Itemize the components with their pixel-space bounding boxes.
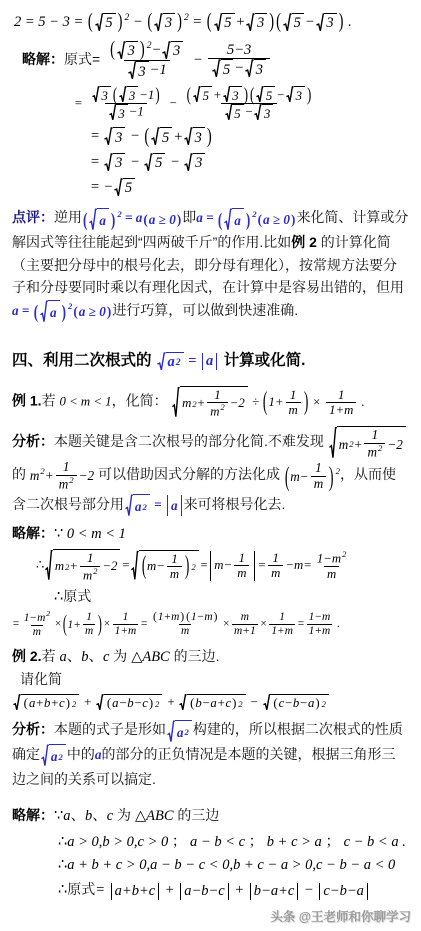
radicand: 5 bbox=[160, 127, 172, 146]
math-run: 5 bbox=[203, 89, 209, 103]
open-paren: ( bbox=[87, 11, 94, 36]
math-run: 1+m bbox=[158, 611, 180, 624]
math-run: 3 bbox=[165, 15, 172, 32]
math-run: = − bbox=[90, 179, 113, 195]
paren-content: 1−m bbox=[191, 611, 213, 624]
sqrt: 3 bbox=[109, 104, 128, 121]
math-run: + bbox=[45, 468, 54, 483]
math-upright-text: 、 bbox=[92, 808, 107, 824]
paren-group: (m−1m) bbox=[141, 552, 191, 582]
sqrt: (b−a+c)2 bbox=[179, 694, 245, 711]
math-run: m bbox=[289, 403, 298, 417]
math-expression: ∴m2+1m2−2=(m−1m)2=m−1m=1m−m=1−m2m bbox=[36, 558, 351, 572]
math-run: − bbox=[189, 52, 206, 68]
radical-icon bbox=[13, 694, 21, 711]
sqrt: 3 bbox=[104, 153, 125, 172]
radicand: a2 bbox=[49, 744, 66, 767]
math-run: = bbox=[257, 558, 266, 572]
math-run: 1 bbox=[273, 551, 279, 565]
paren-group: (5+3) bbox=[186, 86, 249, 103]
section4-heading: 四、利用二次根式的 a2 = a 计算或化简. bbox=[12, 348, 409, 371]
superscript: 2 bbox=[378, 443, 382, 453]
open-paren: ( bbox=[262, 387, 269, 418]
math-run: 2 bbox=[143, 502, 147, 512]
math-run: m bbox=[83, 568, 92, 582]
fraction: 1m bbox=[311, 461, 327, 492]
math-run: + bbox=[354, 434, 363, 455]
math-expression: (3)2−33−1 − 5−35−3 bbox=[104, 52, 272, 68]
math-upright-text: ∴ bbox=[58, 882, 67, 898]
sqrt: (m−1m)2 bbox=[131, 550, 199, 582]
radical-icon bbox=[92, 86, 100, 103]
close-paren: ) bbox=[61, 297, 67, 328]
math-run: − bbox=[166, 96, 181, 110]
radical-icon bbox=[214, 13, 223, 32]
denominator: 3−1 bbox=[124, 60, 170, 80]
math-run: 2 bbox=[185, 727, 189, 737]
paren-content: 5+3 bbox=[213, 13, 269, 32]
sqrt: 5 bbox=[95, 13, 116, 32]
numerator: 1 bbox=[236, 551, 248, 565]
math-run: = bbox=[140, 618, 148, 630]
fraction: 1−m2m bbox=[314, 550, 350, 581]
close-paren: ) bbox=[97, 612, 103, 637]
numerator: 1 bbox=[84, 611, 94, 624]
radical-icon bbox=[254, 104, 262, 121]
paren-group: (a) bbox=[33, 300, 67, 323]
math-run: m bbox=[85, 625, 93, 637]
math-run: 3 bbox=[138, 64, 145, 80]
sqrt: 3 bbox=[245, 59, 266, 78]
radical-icon bbox=[114, 178, 123, 197]
solution3-step-1: 略解：原式= (3)2−33−1 − 5−35−3 bbox=[22, 41, 409, 81]
math-run: + bbox=[231, 882, 248, 898]
math-run: = a bbox=[122, 210, 143, 225]
math-run: × bbox=[54, 618, 62, 630]
math-run: 1−m bbox=[24, 612, 46, 624]
math-expression: = −5 bbox=[90, 179, 136, 195]
math-run: − bbox=[151, 42, 161, 58]
denominator: m bbox=[31, 625, 43, 639]
math-run: 3 bbox=[102, 89, 108, 103]
open-paren: ( bbox=[109, 39, 116, 63]
radicand: 3 bbox=[294, 86, 305, 103]
text-run: 中的 bbox=[67, 746, 95, 762]
radical-icon bbox=[224, 208, 232, 231]
text-run: 若 bbox=[42, 393, 60, 409]
math-run: 1−m bbox=[317, 552, 341, 566]
open-paren: ( bbox=[186, 84, 192, 105]
math-run: m bbox=[314, 476, 324, 491]
absolute-value: m−1m bbox=[210, 551, 255, 581]
radical-icon bbox=[246, 13, 255, 32]
math-run: ÷ bbox=[249, 395, 262, 409]
fraction: 1m2 bbox=[56, 460, 77, 492]
math-run: 2 = 5 − 3 = bbox=[14, 14, 87, 30]
label: 分析： bbox=[12, 721, 54, 737]
superscript: 2 bbox=[221, 402, 225, 412]
superscript: 2 bbox=[238, 699, 242, 709]
denominator: m2 bbox=[80, 566, 100, 583]
radical-icon bbox=[154, 13, 163, 32]
math-run: + bbox=[173, 129, 183, 146]
paren-content: 1+1m bbox=[68, 611, 98, 638]
paren-group: (a) bbox=[217, 208, 251, 231]
math-run: . bbox=[334, 618, 340, 630]
radicand: m2+1m2−2 bbox=[180, 386, 248, 419]
fraction: 1m bbox=[83, 611, 95, 638]
numerator: 1−m2 bbox=[314, 550, 350, 566]
paren-content: m−1m bbox=[290, 461, 328, 492]
math-run: c−b−a bbox=[279, 696, 315, 711]
close-paren: ) bbox=[110, 204, 116, 235]
math-run: × bbox=[309, 395, 324, 409]
superscript: 2 bbox=[69, 475, 73, 485]
sqrt: (c−b−a)2 bbox=[263, 694, 329, 711]
denominator: 5−3 bbox=[208, 58, 270, 78]
math-run: = bbox=[151, 497, 165, 512]
solution3-result: = −5 bbox=[90, 178, 409, 197]
sqrt: 5 bbox=[214, 13, 235, 32]
math-run: 5 bbox=[266, 89, 272, 103]
math-run: 2 bbox=[93, 566, 97, 576]
math-expression: m2+1m2−2 bbox=[328, 434, 407, 449]
math-run: m bbox=[181, 625, 189, 637]
math-run: a bbox=[168, 354, 175, 371]
math-run: m bbox=[237, 566, 246, 580]
radical-icon bbox=[45, 549, 53, 582]
paren-group: (5−3) bbox=[249, 86, 312, 103]
math-run: −2 bbox=[387, 434, 403, 455]
radicand: a2 bbox=[175, 720, 192, 743]
radicand: (b−a+c)2 bbox=[187, 694, 246, 711]
math-run: . bbox=[344, 14, 351, 30]
numerator: 1 bbox=[84, 551, 96, 565]
paren-group: (c−b−a) bbox=[272, 696, 320, 711]
math-run: a bbox=[59, 649, 66, 665]
math-run: b−a+c bbox=[195, 696, 231, 711]
math-run: m bbox=[33, 626, 41, 638]
numerator: 1 bbox=[312, 461, 325, 476]
fraction: 1m bbox=[167, 552, 182, 582]
sqrt: m2+1m2−2 bbox=[172, 386, 247, 419]
superscript: 2 bbox=[322, 699, 326, 709]
math-run: 3 bbox=[232, 89, 238, 103]
math-run: = bbox=[90, 154, 103, 170]
math-run: 1+m bbox=[309, 625, 331, 637]
math-upright-text: 、 bbox=[70, 808, 85, 824]
math-expression: = 3 − 5 − 3 bbox=[90, 154, 206, 170]
paren-group: (a ≥ 0) bbox=[142, 209, 182, 230]
paren-content: b−a+c bbox=[195, 696, 231, 711]
radicand: 3 bbox=[126, 41, 138, 60]
radical-icon bbox=[223, 86, 231, 103]
math-run: 1+ bbox=[68, 619, 81, 631]
numerator: 1 bbox=[60, 460, 73, 475]
math-expression: (m−1m)2 bbox=[284, 468, 340, 483]
math-run: = bbox=[189, 14, 206, 30]
paren-group: (b−a+c) bbox=[189, 696, 237, 711]
radicand: 3 bbox=[230, 86, 241, 103]
paren-group: (a−b−c) bbox=[106, 696, 154, 711]
fraction: (3)2−33−1 bbox=[106, 41, 187, 81]
superscript: 2 bbox=[46, 609, 50, 618]
math-run: = bbox=[200, 558, 209, 572]
close-paren: ) bbox=[231, 696, 237, 711]
label: 略解： bbox=[12, 807, 54, 823]
math-expression: ∵a、b、c bbox=[54, 808, 113, 824]
superscript: 2 bbox=[155, 699, 159, 709]
radicand: a2 bbox=[133, 494, 150, 517]
math-run: a ≥ 0 bbox=[263, 209, 290, 230]
open-paren: ( bbox=[62, 612, 68, 637]
radical-icon bbox=[131, 550, 139, 582]
math-run: a+b+c bbox=[115, 883, 156, 900]
paren-group: (1+m) bbox=[152, 611, 185, 624]
math-upright-text: ∵ bbox=[54, 808, 63, 824]
sqrt: 3 bbox=[154, 13, 175, 32]
superscript: 2 bbox=[191, 562, 195, 572]
superscript: 2 bbox=[176, 357, 181, 368]
superscript: 2 bbox=[59, 750, 63, 764]
math-run: − bbox=[126, 128, 143, 144]
math-expression: = 3(3−1)3−1 − (5+3)(5−3)5−3 bbox=[74, 96, 317, 110]
sqrt: 3 bbox=[184, 153, 205, 172]
radical-icon bbox=[245, 59, 254, 78]
text-run: 来可将根号化去. bbox=[184, 496, 286, 512]
sqrt: 3 bbox=[92, 86, 111, 103]
math-run: m bbox=[210, 405, 219, 419]
math-run: 5 bbox=[224, 15, 231, 32]
fraction: 1m2 bbox=[207, 388, 227, 419]
close-paren: ) bbox=[213, 611, 219, 624]
paren-content: 3−1 bbox=[118, 86, 154, 103]
fraction: (1+m)(1−m)m bbox=[150, 611, 220, 638]
denominator: 1+m bbox=[269, 624, 295, 638]
fraction: (5+3)(5−3)5−3 bbox=[183, 86, 316, 121]
math-run: −2 bbox=[79, 468, 95, 483]
paren-content: a−b−c bbox=[112, 696, 148, 711]
math-run: 2 bbox=[322, 699, 326, 709]
fraction: 11+m bbox=[113, 611, 139, 638]
math-run: 1 bbox=[87, 551, 93, 565]
math-run: + bbox=[236, 14, 246, 31]
radical-icon bbox=[212, 59, 221, 78]
math-run: −1 bbox=[150, 62, 167, 78]
math-run: m− bbox=[290, 466, 308, 487]
close-paren: ) bbox=[206, 125, 213, 150]
math-run: = bbox=[74, 96, 86, 110]
fraction: 11+m bbox=[326, 388, 356, 418]
math-run: 3 bbox=[118, 107, 124, 121]
math-run: a = bbox=[196, 210, 217, 225]
example2-expression: (a+b+c)2 + (a−b−c)2 + (b−a+c)2 − (c−b−a)… bbox=[12, 693, 409, 712]
math-expression: ∴ bbox=[54, 589, 63, 605]
math-expression: (a)2 = a(a ≥ 0) bbox=[82, 210, 182, 225]
numerator: 1 bbox=[369, 428, 382, 443]
math-run: c−b−a bbox=[323, 883, 364, 900]
math-run: m bbox=[241, 611, 249, 623]
math-run: a bbox=[135, 496, 142, 517]
open-paren: ( bbox=[249, 84, 255, 105]
radical-icon bbox=[162, 41, 171, 60]
math-expression: a2 bbox=[166, 722, 193, 737]
math-run: = bbox=[90, 128, 103, 144]
math-expression: a = (a)2(a ≥ 0) bbox=[196, 210, 296, 225]
math-run: + bbox=[213, 88, 222, 102]
math-expression: a = (a)2(a ≥ 0) bbox=[12, 303, 112, 318]
math-upright-text: ； bbox=[249, 834, 264, 850]
math-run: b + c > a bbox=[263, 834, 325, 850]
math-run: 1 bbox=[338, 388, 344, 402]
math-run: 1 bbox=[372, 427, 379, 442]
paren-content: a bbox=[39, 300, 61, 323]
numerator: 5−3 bbox=[224, 42, 254, 58]
paren-group: (3) bbox=[146, 13, 183, 32]
sqrt: 3 bbox=[104, 127, 125, 146]
radical-icon bbox=[109, 104, 117, 121]
radical-icon bbox=[179, 694, 187, 711]
math-expression: a、b、c bbox=[59, 649, 109, 665]
text-run: 可以借助因式分解的方法化成 bbox=[94, 467, 284, 483]
radical-icon bbox=[117, 41, 126, 60]
math-run: m bbox=[327, 567, 336, 581]
math-run: 1+m bbox=[271, 625, 293, 637]
text-run: 请化简 bbox=[20, 671, 62, 687]
math-run: −2 bbox=[230, 396, 245, 411]
math-run: 2 bbox=[176, 357, 181, 368]
math-run: ABC bbox=[146, 808, 173, 824]
example2-analysis: 分析：本题的式子是形如a2构建的，所以根据二次根式的性质确定a2中的a的部分的正… bbox=[12, 718, 409, 790]
radical-icon bbox=[96, 694, 104, 711]
radicand: 5 bbox=[153, 153, 165, 172]
math-run: 3 bbox=[256, 62, 263, 78]
math-run: 3 bbox=[115, 155, 122, 172]
radicand: 3 bbox=[193, 127, 205, 146]
label: 略解： bbox=[22, 51, 64, 67]
text-run: 为 bbox=[109, 648, 131, 664]
radicand: 3 bbox=[163, 13, 175, 32]
paren-group: (5+3) bbox=[206, 13, 275, 32]
math-run: m bbox=[367, 445, 377, 460]
math-run: m bbox=[170, 567, 179, 581]
math-run: × bbox=[222, 618, 230, 630]
open-paren: ( bbox=[141, 551, 148, 582]
math-run: a−b−c bbox=[112, 696, 148, 711]
fraction: 1−m2m bbox=[22, 610, 52, 638]
radicand: (a+b+c)2 bbox=[21, 694, 80, 711]
math-run: m bbox=[271, 566, 280, 580]
radical-icon bbox=[184, 153, 193, 172]
close-paren: ) bbox=[184, 551, 191, 582]
example2-solution-final: ∴原式= a+b+c + a−b−c + b−a+c − c−b−a bbox=[58, 879, 409, 899]
radicand: m2+1m2−2 bbox=[53, 549, 121, 582]
denominator: m bbox=[83, 624, 95, 638]
fraction: 1m bbox=[234, 551, 249, 581]
paren-content: 5+3 bbox=[192, 86, 243, 103]
numerator: 1 bbox=[211, 388, 223, 402]
example1-solution-final: =1−m2m×(1+1m)×11+m=(1+m)(1−m)m×mm+1×11+m… bbox=[12, 610, 409, 638]
math-run: 1 bbox=[63, 459, 70, 474]
radicand: 5 bbox=[201, 86, 212, 103]
radical-icon bbox=[263, 694, 271, 711]
paren-content: 5−3 bbox=[282, 13, 338, 32]
math-run: 5 bbox=[234, 107, 240, 121]
math-expression: = a+b+c + a−b−c + b−a+c − c−b−a bbox=[95, 882, 370, 898]
identity-transform-line: 2 = 5 − 3 = (5)2 − (3)2 = (5+3)(5−3) . bbox=[14, 12, 409, 33]
paren-group: (m−1m) bbox=[284, 461, 335, 492]
radicand: a bbox=[48, 300, 60, 323]
math-run: 1 bbox=[214, 388, 220, 402]
math-run: + bbox=[197, 396, 206, 411]
math-run: a + b + c > 0,a − b − c < 0,b + c − a > … bbox=[67, 857, 395, 873]
fraction: 1m bbox=[286, 388, 301, 418]
fraction: 5−35−3 bbox=[208, 42, 270, 79]
denominator: m2 bbox=[364, 443, 385, 460]
radicand: 3 bbox=[254, 59, 266, 78]
denominator: m bbox=[179, 624, 191, 638]
math-run: 3 bbox=[257, 15, 264, 32]
text-run: 例 2 bbox=[291, 234, 317, 250]
open-paren: ( bbox=[206, 11, 213, 36]
paren-content: a bbox=[88, 208, 110, 231]
math-run: 0 < m < 1 bbox=[63, 526, 126, 542]
paren-group: (3) bbox=[109, 41, 146, 60]
denominator: 1+m bbox=[113, 624, 139, 638]
denominator: m bbox=[324, 566, 339, 581]
math-run: 3 bbox=[195, 130, 202, 147]
math-run: − bbox=[129, 14, 146, 30]
math-expression: 0 < m < 1 bbox=[59, 395, 111, 409]
comment-paragraph: 点评：逆用(a)2 = a(a ≥ 0)即a = (a)2(a ≥ 0)来化简、… bbox=[12, 206, 409, 323]
math-run: − bbox=[276, 88, 285, 102]
radicand: 5 bbox=[103, 13, 115, 32]
math-run: 1+m bbox=[115, 625, 137, 637]
math-run: 5 bbox=[105, 15, 112, 32]
denominator: 3−1 bbox=[105, 103, 147, 121]
superscript: 2 bbox=[342, 549, 346, 559]
math-run: 1 bbox=[315, 460, 322, 475]
math-run: 3 bbox=[296, 89, 302, 103]
sqrt: 3 bbox=[286, 86, 305, 103]
label: 四、利用二次根式的 bbox=[12, 352, 156, 369]
close-paren: ) bbox=[338, 11, 345, 36]
superscript: 2 bbox=[93, 566, 97, 576]
denominator: m bbox=[234, 565, 249, 580]
math-run: a−b−c bbox=[184, 883, 225, 900]
denominator: m bbox=[286, 402, 301, 417]
math-run: 1 bbox=[290, 388, 296, 402]
open-paren: ( bbox=[275, 11, 282, 36]
math-run: = bbox=[185, 353, 201, 369]
radical-icon bbox=[256, 86, 264, 103]
radicand: a2 bbox=[166, 352, 184, 371]
radical-icon bbox=[172, 386, 180, 419]
math-expression: ∵ 0 < m < 1 bbox=[54, 526, 126, 542]
sqrt: 5 bbox=[114, 178, 135, 197]
example2-solution-ineq2: ∴a + b + c > 0,a − b − c < 0,b + c − a >… bbox=[58, 856, 409, 874]
paren-content: 3 bbox=[153, 13, 176, 32]
paren-content: 5+3 bbox=[150, 127, 206, 146]
math-run: 2 bbox=[238, 699, 242, 709]
radical-icon bbox=[104, 153, 113, 172]
superscript: 2 bbox=[143, 500, 147, 514]
example2-problem: 例 2.若 a、b、c 为 △ABC 的三边. bbox=[12, 645, 409, 666]
radical-icon bbox=[283, 13, 292, 32]
math-run: 1 bbox=[123, 611, 129, 623]
close-paren: ) bbox=[268, 11, 275, 36]
math-upright-text: ∴ bbox=[54, 589, 63, 605]
